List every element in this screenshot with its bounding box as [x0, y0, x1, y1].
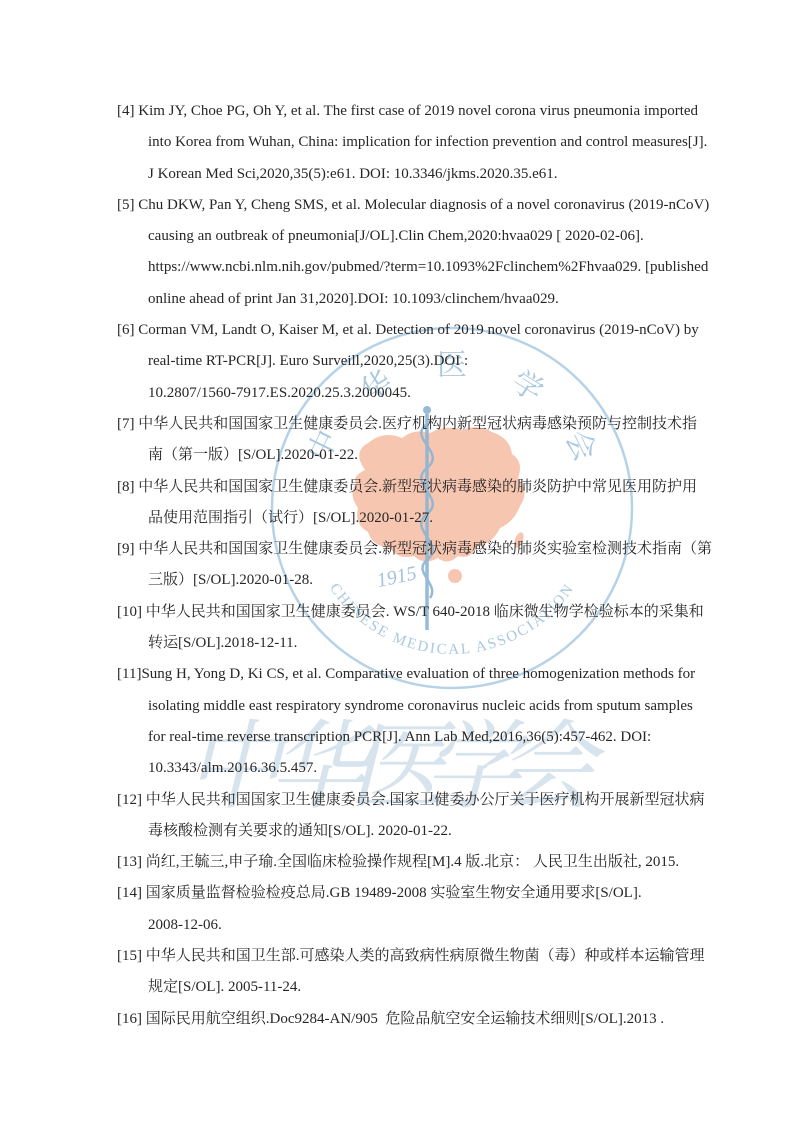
- reference-line: into Korea from Wuhan, China: implicatio…: [117, 127, 757, 158]
- reference-text: 中华人民共和国国家卫生健康委员会.医疗机构内新型冠状病毒感染预防与控制技术指: [135, 416, 698, 432]
- reference-text: Corman VM, Landt O, Kaiser M, et al. Det…: [135, 322, 699, 338]
- document-page: 中 华 医 学 会 CHINESE MEDICAL ASSOCIATION 19…: [0, 0, 793, 1122]
- reference-number: [11]: [117, 666, 141, 682]
- reference-line: 南（第一版）[S/OL].2020-01-22.: [117, 440, 757, 471]
- reference-item: [9] 中华人民共和国国家卫生健康委员会.新型冠状病毒感染的肺炎实验室检测技术指…: [117, 534, 757, 597]
- reference-line: causing an outbreak of pneumonia[J/OL].C…: [117, 221, 757, 252]
- reference-item: [10] 中华人民共和国国家卫生健康委员会. WS/T 640-2018 临床微…: [117, 597, 757, 660]
- reference-number: [7]: [117, 416, 135, 432]
- reference-item: [6] Corman VM, Landt O, Kaiser M, et al.…: [117, 315, 757, 409]
- reference-number: [4]: [117, 103, 135, 119]
- reference-item: [12] 中华人民共和国国家卫生健康委员会.国家卫健委办公厅关于医疗机构开展新型…: [117, 785, 757, 848]
- reference-number: [8]: [117, 479, 135, 495]
- reference-number: [5]: [117, 197, 135, 213]
- reference-first-line: [10] 中华人民共和国国家卫生健康委员会. WS/T 640-2018 临床微…: [117, 597, 757, 628]
- reference-item: [5] Chu DKW, Pan Y, Cheng SMS, et al. Mo…: [117, 190, 757, 315]
- reference-number: [9]: [117, 541, 135, 557]
- reference-line: real-time RT-PCR[J]. Euro Surveill,2020,…: [117, 346, 757, 377]
- reference-line: for real-time reverse transcription PCR[…: [117, 722, 757, 753]
- reference-text: 中华人民共和国国家卫生健康委员会.国家卫健委办公厅关于医疗机构开展新型冠状病: [142, 792, 705, 808]
- reference-text: 中华人民共和国国家卫生健康委员会.新型冠状病毒感染的肺炎实验室检测技术指南（第: [135, 541, 713, 557]
- reference-line: 2008-12-06.: [117, 910, 757, 941]
- reference-first-line: [16] 国际民用航空组织.Doc9284-AN/905 危险品航空安全运输技术…: [117, 1004, 757, 1035]
- reference-item: [11]Sung H, Yong D, Ki CS, et al. Compar…: [117, 659, 757, 784]
- reference-text: 尚红,王毓三,申子瑜.全国临床检验操作规程[M].4 版.北京： 人民卫生出版社…: [142, 854, 679, 870]
- reference-first-line: [9] 中华人民共和国国家卫生健康委员会.新型冠状病毒感染的肺炎实验室检测技术指…: [117, 534, 757, 565]
- reference-line: 毒核酸检测有关要求的通知[S/OL]. 2020-01-22.: [117, 816, 757, 847]
- reference-line: J Korean Med Sci,2020,35(5):e61. DOI: 10…: [117, 159, 757, 190]
- reference-line: 10.3343/alm.2016.36.5.457.: [117, 753, 757, 784]
- reference-text: 中华人民共和国国家卫生健康委员会. WS/T 640-2018 临床微生物学检验…: [142, 604, 704, 620]
- reference-item: [13] 尚红,王毓三,申子瑜.全国临床检验操作规程[M].4 版.北京： 人民…: [117, 847, 757, 878]
- references-list: [4] Kim JY, Choe PG, Oh Y, et al. The fi…: [117, 96, 757, 1035]
- reference-first-line: [13] 尚红,王毓三,申子瑜.全国临床检验操作规程[M].4 版.北京： 人民…: [117, 847, 757, 878]
- reference-text: 国际民用航空组织.Doc9284-AN/905 危险品航空安全运输技术细则[S/…: [142, 1011, 664, 1027]
- reference-item: [15] 中华人民共和国卫生部.可感染人类的高致病性病原微生物菌（毒）种或样本运…: [117, 941, 757, 1004]
- reference-first-line: [15] 中华人民共和国卫生部.可感染人类的高致病性病原微生物菌（毒）种或样本运…: [117, 941, 757, 972]
- reference-text: Kim JY, Choe PG, Oh Y, et al. The first …: [135, 103, 699, 119]
- reference-item: [16] 国际民用航空组织.Doc9284-AN/905 危险品航空安全运输技术…: [117, 1004, 757, 1035]
- reference-line: 规定[S/OL]. 2005-11-24.: [117, 972, 757, 1003]
- reference-number: [16]: [117, 1011, 142, 1027]
- reference-line: https://www.ncbi.nlm.nih.gov/pubmed/?ter…: [117, 252, 757, 283]
- reference-text: 国家质量监督检验检疫总局.GB 19489-2008 实验室生物安全通用要求[S…: [142, 885, 642, 901]
- reference-text: Chu DKW, Pan Y, Cheng SMS, et al. Molecu…: [135, 197, 710, 213]
- reference-first-line: [11]Sung H, Yong D, Ki CS, et al. Compar…: [117, 659, 757, 690]
- reference-item: [14] 国家质量监督检验检疫总局.GB 19489-2008 实验室生物安全通…: [117, 878, 757, 941]
- reference-number: [13]: [117, 854, 142, 870]
- reference-line: isolating middle east respiratory syndro…: [117, 691, 757, 722]
- reference-text: Sung H, Yong D, Ki CS, et al. Comparativ…: [141, 666, 695, 682]
- reference-number: [14]: [117, 885, 142, 901]
- reference-number: [6]: [117, 322, 135, 338]
- reference-line: 转运[S/OL].2018-12-11.: [117, 628, 757, 659]
- reference-first-line: [12] 中华人民共和国国家卫生健康委员会.国家卫健委办公厅关于医疗机构开展新型…: [117, 785, 757, 816]
- reference-number: [10]: [117, 604, 142, 620]
- reference-item: [4] Kim JY, Choe PG, Oh Y, et al. The fi…: [117, 96, 757, 190]
- reference-line: online ahead of print Jan 31,2020].DOI: …: [117, 284, 757, 315]
- reference-first-line: [5] Chu DKW, Pan Y, Cheng SMS, et al. Mo…: [117, 190, 757, 221]
- reference-first-line: [14] 国家质量监督检验检疫总局.GB 19489-2008 实验室生物安全通…: [117, 878, 757, 909]
- reference-first-line: [7] 中华人民共和国国家卫生健康委员会.医疗机构内新型冠状病毒感染预防与控制技…: [117, 409, 757, 440]
- reference-text: 中华人民共和国卫生部.可感染人类的高致病性病原微生物菌（毒）种或样本运输管理: [142, 948, 705, 964]
- reference-line: 三版）[S/OL].2020-01-28.: [117, 565, 757, 596]
- reference-line: 品使用范围指引（试行）[S/OL].2020-01-27.: [117, 503, 757, 534]
- reference-first-line: [8] 中华人民共和国国家卫生健康委员会.新型冠状病毒感染的肺炎防护中常见医用防…: [117, 472, 757, 503]
- reference-item: [7] 中华人民共和国国家卫生健康委员会.医疗机构内新型冠状病毒感染预防与控制技…: [117, 409, 757, 472]
- reference-first-line: [6] Corman VM, Landt O, Kaiser M, et al.…: [117, 315, 757, 346]
- reference-item: [8] 中华人民共和国国家卫生健康委员会.新型冠状病毒感染的肺炎防护中常见医用防…: [117, 472, 757, 535]
- reference-line: 10.2807/1560-7917.ES.2020.25.3.2000045.: [117, 378, 757, 409]
- reference-first-line: [4] Kim JY, Choe PG, Oh Y, et al. The fi…: [117, 96, 757, 127]
- reference-number: [12]: [117, 792, 142, 808]
- reference-text: 中华人民共和国国家卫生健康委员会.新型冠状病毒感染的肺炎防护中常见医用防护用: [135, 479, 698, 495]
- reference-number: [15]: [117, 948, 142, 964]
